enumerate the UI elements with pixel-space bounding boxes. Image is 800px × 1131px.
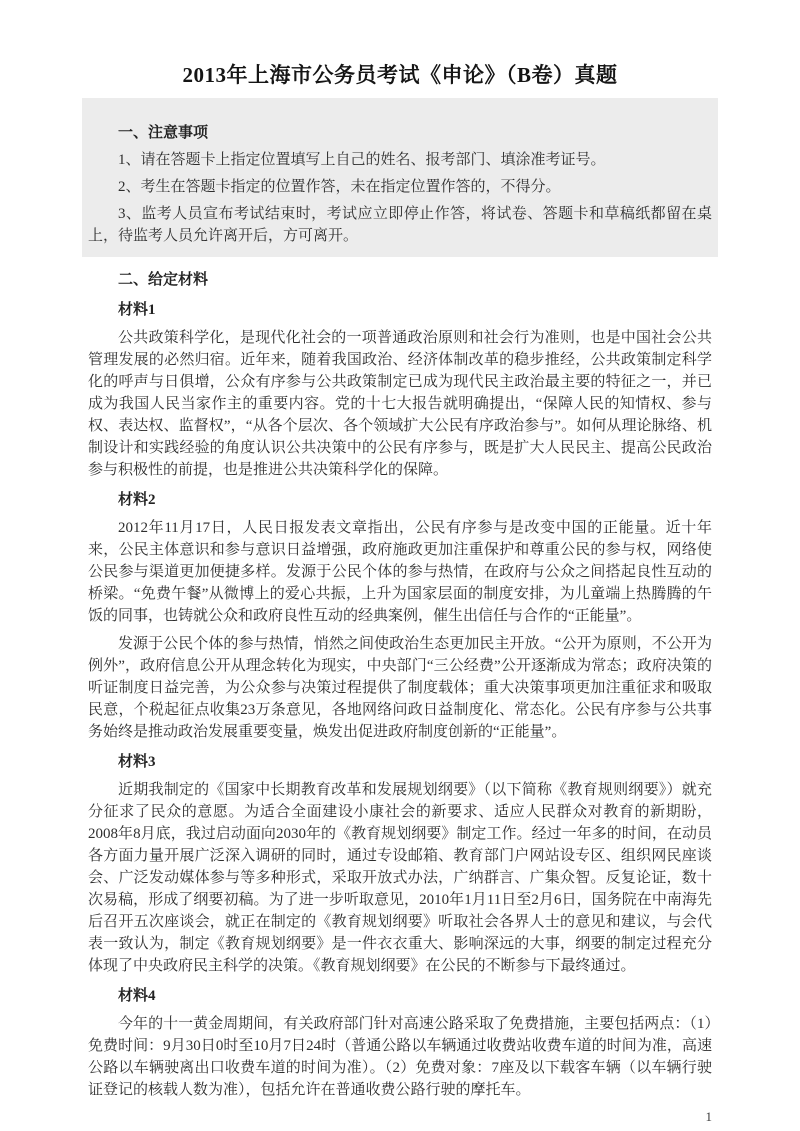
- page-number: 1: [706, 1109, 713, 1124]
- notice-item-1: 1、请在答题卡上指定位置填写上自己的姓名、报考部门、填涂准考证号。: [88, 149, 712, 171]
- page-footer: 1: [88, 1109, 712, 1124]
- material-3-label: 材料3: [88, 751, 712, 773]
- page-title: 2013年上海市公务员考试《申论》（B卷）真题: [88, 0, 712, 88]
- material-1-label: 材料1: [88, 299, 712, 321]
- notice-heading: 一、注意事项: [88, 122, 712, 144]
- notice-item-3: 3、监考人员宣布考试结束时，考试应立即停止作答，将试卷、答题卡和草稿纸都留在桌上…: [88, 203, 712, 247]
- material-4-label: 材料4: [88, 985, 712, 1007]
- material-2-paragraph-2: 发源于公民个体的参与热情，悄然之间使政治生态更加民主开放。“公开为原则，不公开为…: [88, 633, 712, 743]
- material-3-paragraph-1: 近期我制定的《国家中长期教育改革和发展规划纲要》（以下简称《教育规则纲要》）就充…: [88, 779, 712, 977]
- material-1-paragraph-1: 公共政策科学化，是现代化社会的一项普通政治原则和社会行为准则，也是中国社会公共管…: [88, 327, 712, 481]
- material-4-paragraph-1: 今年的十一黄金周期间，有关政府部门针对高速公路采取了免费措施，主要包括两点：（1…: [88, 1013, 712, 1101]
- document-page: 2013年上海市公务员考试《申论》（B卷）真题 一、注意事项 1、请在答题卡上指…: [0, 0, 800, 1131]
- materials-heading: 二、给定材料: [88, 269, 712, 291]
- notice-section: 一、注意事项 1、请在答题卡上指定位置填写上自己的姓名、报考部门、填涂准考证号。…: [82, 98, 718, 257]
- document-content: 2013年上海市公务员考试《申论》（B卷）真题 一、注意事项 1、请在答题卡上指…: [88, 0, 712, 1124]
- notice-item-2: 2、考生在答题卡指定的位置作答，未在指定位置作答的，不得分。: [88, 176, 712, 198]
- material-2-paragraph-1: 2012年11月17日，人民日报发表文章指出，公民有序参与是改变中国的正能量。近…: [88, 517, 712, 627]
- material-2-label: 材料2: [88, 489, 712, 511]
